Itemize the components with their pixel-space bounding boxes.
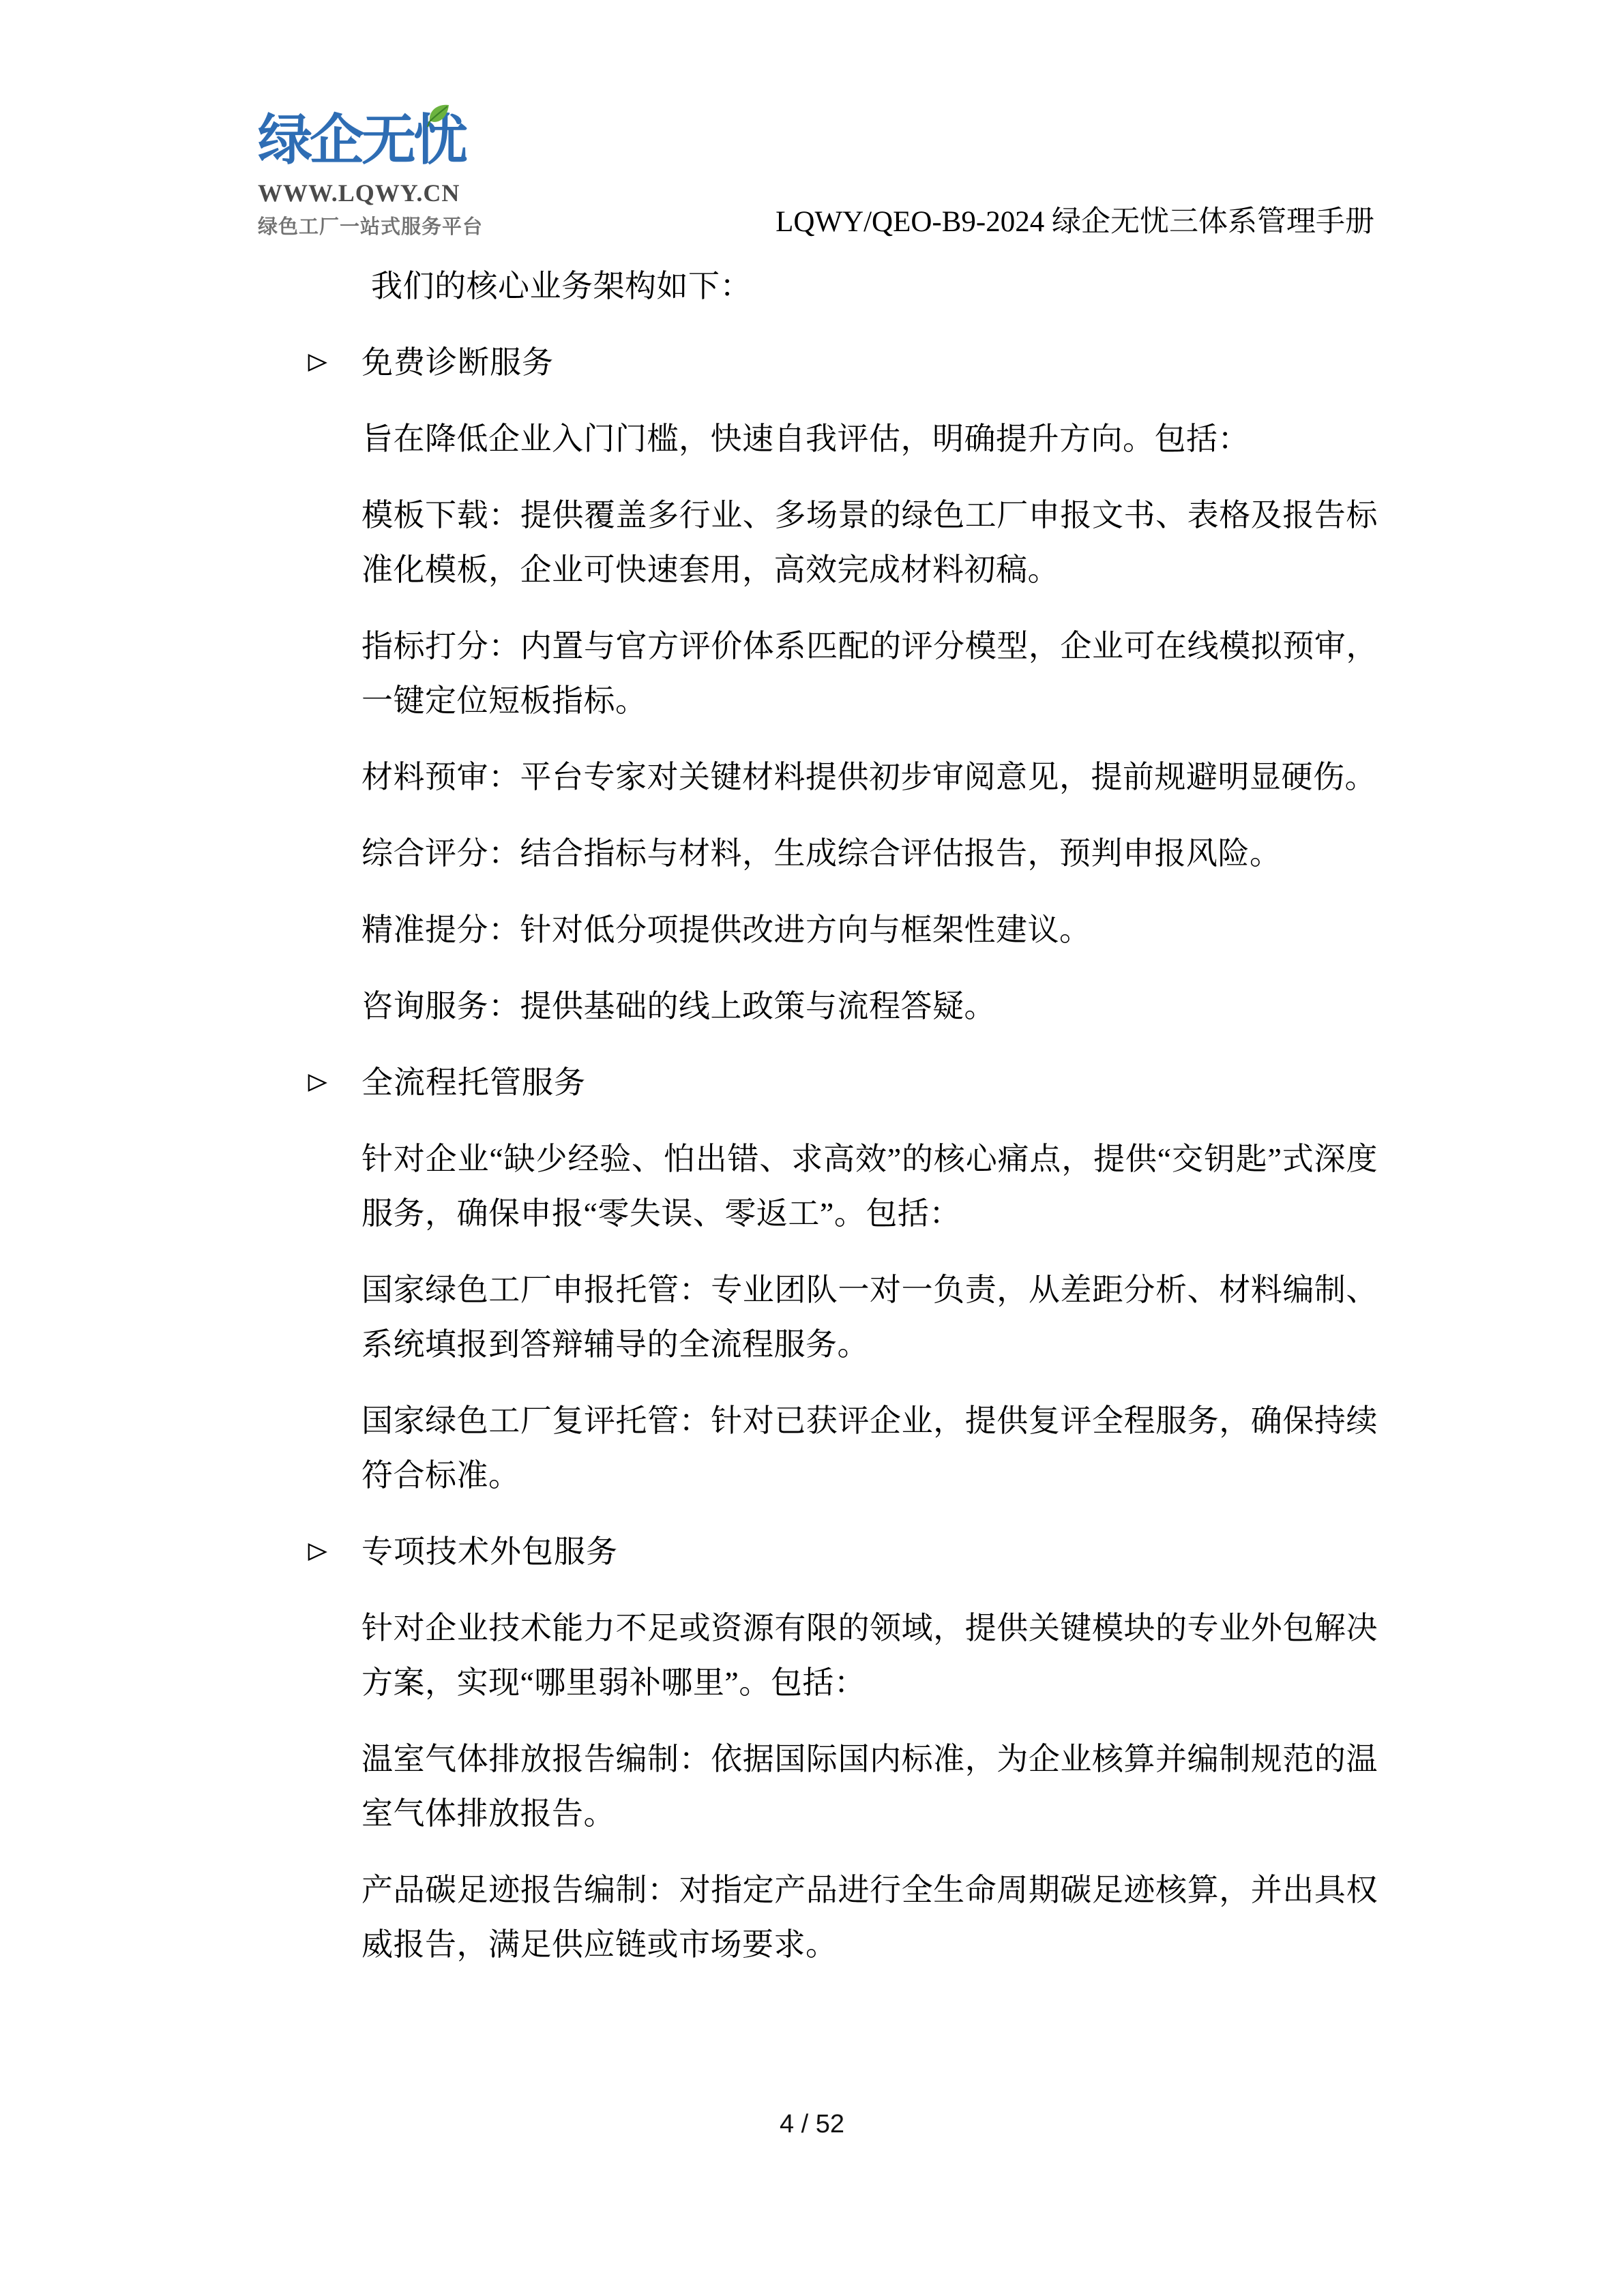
section-heading: 全流程托管服务 bbox=[361, 1056, 586, 1110]
paragraph: 产品碳足迹报告编制：对指定产品进行全生命周期碳足迹核算，并出具权威报告，满足供应… bbox=[361, 1863, 1378, 1972]
paragraph: 旨在降低企业入门门槛，快速自我评估，明确提升方向。包括： bbox=[361, 412, 1378, 466]
leaf-icon bbox=[424, 101, 452, 128]
paragraph: 材料预审：平台专家对关键材料提供初步审阅意见，提前规避明显硬伤。 bbox=[361, 750, 1378, 805]
document-body: 我们的核心业务架构如下： 免费诊断服务 旨在降低企业入门门槛，快速自我评估，明确… bbox=[306, 259, 1378, 1994]
logo-tagline-text: 绿色工厂一站式服务平台 bbox=[258, 211, 476, 239]
logo-website-text: WWW.LQWY.CN bbox=[258, 179, 476, 207]
paragraph: 国家绿色工厂申报托管：专业团队一对一负责，从差距分析、材料编制、系统填报到答辩辅… bbox=[361, 1263, 1378, 1372]
section-heading-row-full-process: 全流程托管服务 bbox=[306, 1056, 1378, 1110]
paragraph: 综合评分：结合指标与材料，生成综合评估报告，预判申报风险。 bbox=[361, 826, 1378, 881]
paragraph: 温室气体排放报告编制：依据国际国内标准，为企业核算并编制规范的温室气体排放报告。 bbox=[361, 1732, 1378, 1841]
paragraph: 指标打分：内置与官方评价体系匹配的评分模型，企业可在线模拟预审，一键定位短板指标… bbox=[361, 619, 1378, 728]
paragraph: 模板下载：提供覆盖多行业、多场景的绿色工厂申报文书、表格及报告标准化模板，企业可… bbox=[361, 488, 1378, 597]
section-heading: 免费诊断服务 bbox=[361, 336, 554, 390]
paragraph: 精准提分：针对低分项提供改进方向与框架性建议。 bbox=[361, 903, 1378, 957]
section-heading-row-tech-outsourcing: 专项技术外包服务 bbox=[306, 1525, 1378, 1579]
company-logo: 绿企无忧 WWW.LQWY.CN 绿色工厂一站式服务平台 bbox=[258, 110, 476, 239]
section-heading: 专项技术外包服务 bbox=[361, 1525, 618, 1579]
paragraph: 针对企业“缺少经验、怕出错、求高效”的核心痛点，提供“交钥匙”式深度服务，确保申… bbox=[361, 1132, 1378, 1241]
intro-paragraph: 我们的核心业务架构如下： bbox=[361, 259, 1378, 314]
document-page: 绿企无忧 WWW.LQWY.CN 绿色工厂一站式服务平台 LQWY/QEO-B9… bbox=[0, 0, 1624, 2296]
section-heading-row-free-diagnosis: 免费诊断服务 bbox=[306, 336, 1378, 390]
paragraph: 针对企业技术能力不足或资源有限的领域，提供关键模块的专业外包解决方案，实现“哪里… bbox=[361, 1601, 1378, 1710]
header-doc-code: LQWY/QEO-B9-2024 绿企无忧三体系管理手册 bbox=[776, 205, 1374, 240]
paragraph: 国家绿色工厂复评托管：针对已获评企业，提供复评全程服务，确保持续符合标准。 bbox=[361, 1394, 1378, 1503]
paragraph: 咨询服务：提供基础的线上政策与流程答疑。 bbox=[361, 979, 1378, 1034]
arrow-bullet-icon bbox=[307, 1542, 327, 1562]
arrow-bullet-icon bbox=[307, 353, 327, 373]
arrow-bullet-icon bbox=[307, 1073, 327, 1093]
page-number: 4 / 52 bbox=[0, 2110, 1624, 2139]
